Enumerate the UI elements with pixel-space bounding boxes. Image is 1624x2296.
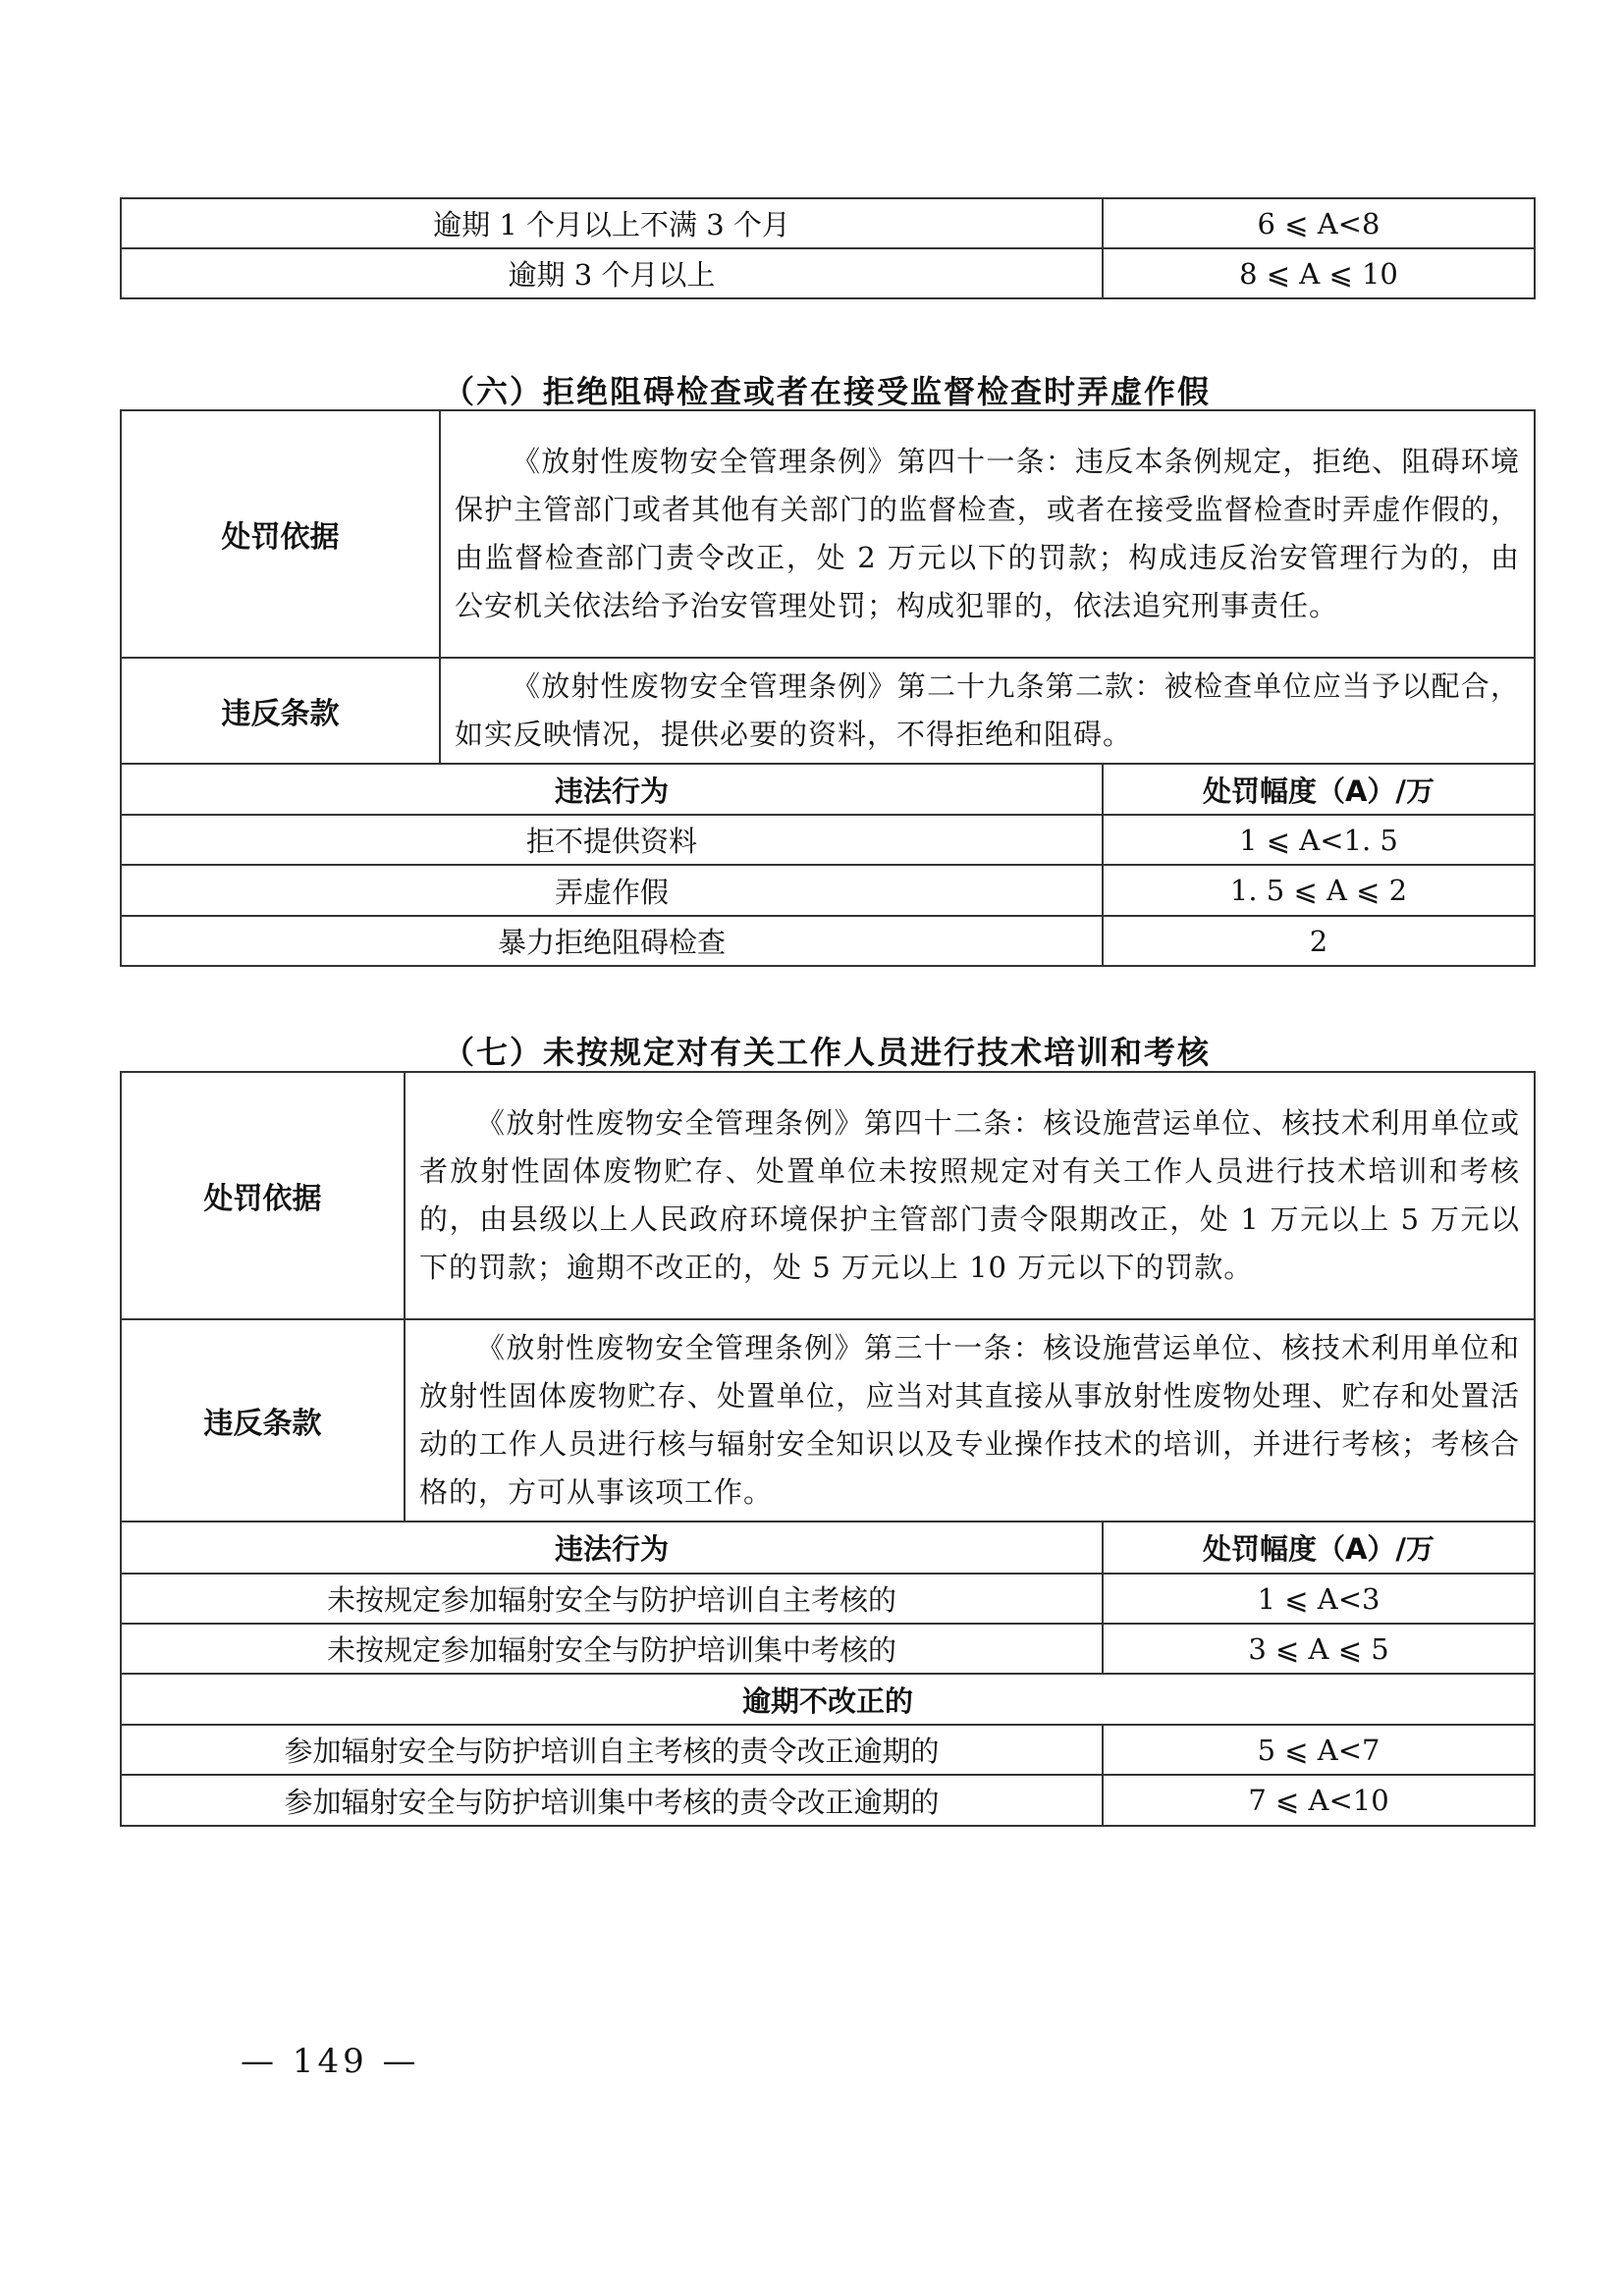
- violation-text: 《放射性废物安全管理条例》第三十一条：核设施营运单位、核技术利用单位和放射性固体…: [405, 1319, 1535, 1522]
- basis-label: 处罚依据: [121, 1072, 405, 1319]
- behavior-cell: 参加辐射安全与防护培训集中考核的责令改正逾期的: [121, 1775, 1103, 1826]
- section-7-table: 处罚依据 《放射性废物安全管理条例》第四十二条：核设施营运单位、核技术利用单位或…: [120, 1071, 1536, 1827]
- behavior-cell: 拒不提供资料: [121, 815, 1103, 865]
- range-cell: 3 ⩽ A ⩽ 5: [1103, 1624, 1535, 1674]
- basis-text: 《放射性废物安全管理条例》第四十一条：违反本条例规定，拒绝、阻碍环境保护主管部门…: [440, 410, 1535, 658]
- continuation-penalty-table: 逾期 1 个月以上不满 3 个月 6 ⩽ A<8 逾期 3 个月以上 8 ⩽ A…: [120, 197, 1536, 299]
- range-cell: 6 ⩽ A<8: [1103, 198, 1535, 248]
- range-cell: 7 ⩽ A<10: [1103, 1775, 1535, 1826]
- behavior-cell: 弄虚作假: [121, 865, 1103, 916]
- violation-label: 违反条款: [121, 1319, 405, 1522]
- table-row: 弄虚作假 1. 5 ⩽ A ⩽ 2: [121, 865, 1535, 916]
- basis-text: 《放射性废物安全管理条例》第四十二条：核设施营运单位、核技术利用单位或者放射性固…: [405, 1072, 1535, 1319]
- column-header-range: 处罚幅度（A）/万: [1103, 1522, 1535, 1574]
- table-row: 逾期 1 个月以上不满 3 个月 6 ⩽ A<8: [121, 198, 1535, 248]
- behavior-cell: 未按规定参加辐射安全与防护培训集中考核的: [121, 1624, 1103, 1674]
- behavior-cell: 未按规定参加辐射安全与防护培训自主考核的: [121, 1574, 1103, 1624]
- table-row: 参加辐射安全与防护培训集中考核的责令改正逾期的 7 ⩽ A<10: [121, 1775, 1535, 1826]
- subheading-row: 逾期不改正的: [121, 1674, 1535, 1725]
- section-7-heading: （七）未按规定对有关工作人员进行技术培训和考核: [120, 1028, 1534, 1073]
- range-cell: 8 ⩽ A ⩽ 10: [1103, 248, 1535, 298]
- violation-text: 《放射性废物安全管理条例》第二十九条第二款：被检查单位应当予以配合，如实反映情况…: [440, 658, 1535, 764]
- column-header-range: 处罚幅度（A）/万: [1103, 764, 1535, 815]
- violation-label: 违反条款: [121, 658, 440, 764]
- column-header-row: 违法行为 处罚幅度（A）/万: [121, 764, 1535, 815]
- range-cell: 5 ⩽ A<7: [1103, 1725, 1535, 1775]
- section-6-table: 处罚依据 《放射性废物安全管理条例》第四十一条：违反本条例规定，拒绝、阻碍环境保…: [120, 409, 1536, 967]
- page-number: — 149 —: [241, 2042, 420, 2081]
- range-cell: 1 ⩽ A<1. 5: [1103, 815, 1535, 865]
- column-header-behavior: 违法行为: [121, 1522, 1103, 1574]
- table-row: 暴力拒绝阻碍检查 2: [121, 916, 1535, 966]
- violation-row: 违反条款 《放射性废物安全管理条例》第二十九条第二款：被检查单位应当予以配合，如…: [121, 658, 1535, 764]
- table-row: 未按规定参加辐射安全与防护培训集中考核的 3 ⩽ A ⩽ 5: [121, 1624, 1535, 1674]
- table-row: 未按规定参加辐射安全与防护培训自主考核的 1 ⩽ A<3: [121, 1574, 1535, 1624]
- column-header-row: 违法行为 处罚幅度（A）/万: [121, 1522, 1535, 1574]
- range-cell: 2: [1103, 916, 1535, 966]
- section-6-heading: （六）拒绝阻碍检查或者在接受监督检查时弄虚作假: [120, 367, 1534, 412]
- basis-row: 处罚依据 《放射性废物安全管理条例》第四十二条：核设施营运单位、核技术利用单位或…: [121, 1072, 1535, 1319]
- range-cell: 1. 5 ⩽ A ⩽ 2: [1103, 865, 1535, 916]
- overdue-subheading: 逾期不改正的: [121, 1674, 1535, 1725]
- basis-label: 处罚依据: [121, 410, 440, 658]
- violation-row: 违反条款 《放射性废物安全管理条例》第三十一条：核设施营运单位、核技术利用单位和…: [121, 1319, 1535, 1522]
- table-row: 逾期 3 个月以上 8 ⩽ A ⩽ 10: [121, 248, 1535, 298]
- behavior-cell: 逾期 3 个月以上: [121, 248, 1103, 298]
- behavior-cell: 暴力拒绝阻碍检查: [121, 916, 1103, 966]
- table-row: 拒不提供资料 1 ⩽ A<1. 5: [121, 815, 1535, 865]
- column-header-behavior: 违法行为: [121, 764, 1103, 815]
- table-row: 参加辐射安全与防护培训自主考核的责令改正逾期的 5 ⩽ A<7: [121, 1725, 1535, 1775]
- behavior-cell: 参加辐射安全与防护培训自主考核的责令改正逾期的: [121, 1725, 1103, 1775]
- basis-row: 处罚依据 《放射性废物安全管理条例》第四十一条：违反本条例规定，拒绝、阻碍环境保…: [121, 410, 1535, 658]
- range-cell: 1 ⩽ A<3: [1103, 1574, 1535, 1624]
- behavior-cell: 逾期 1 个月以上不满 3 个月: [121, 198, 1103, 248]
